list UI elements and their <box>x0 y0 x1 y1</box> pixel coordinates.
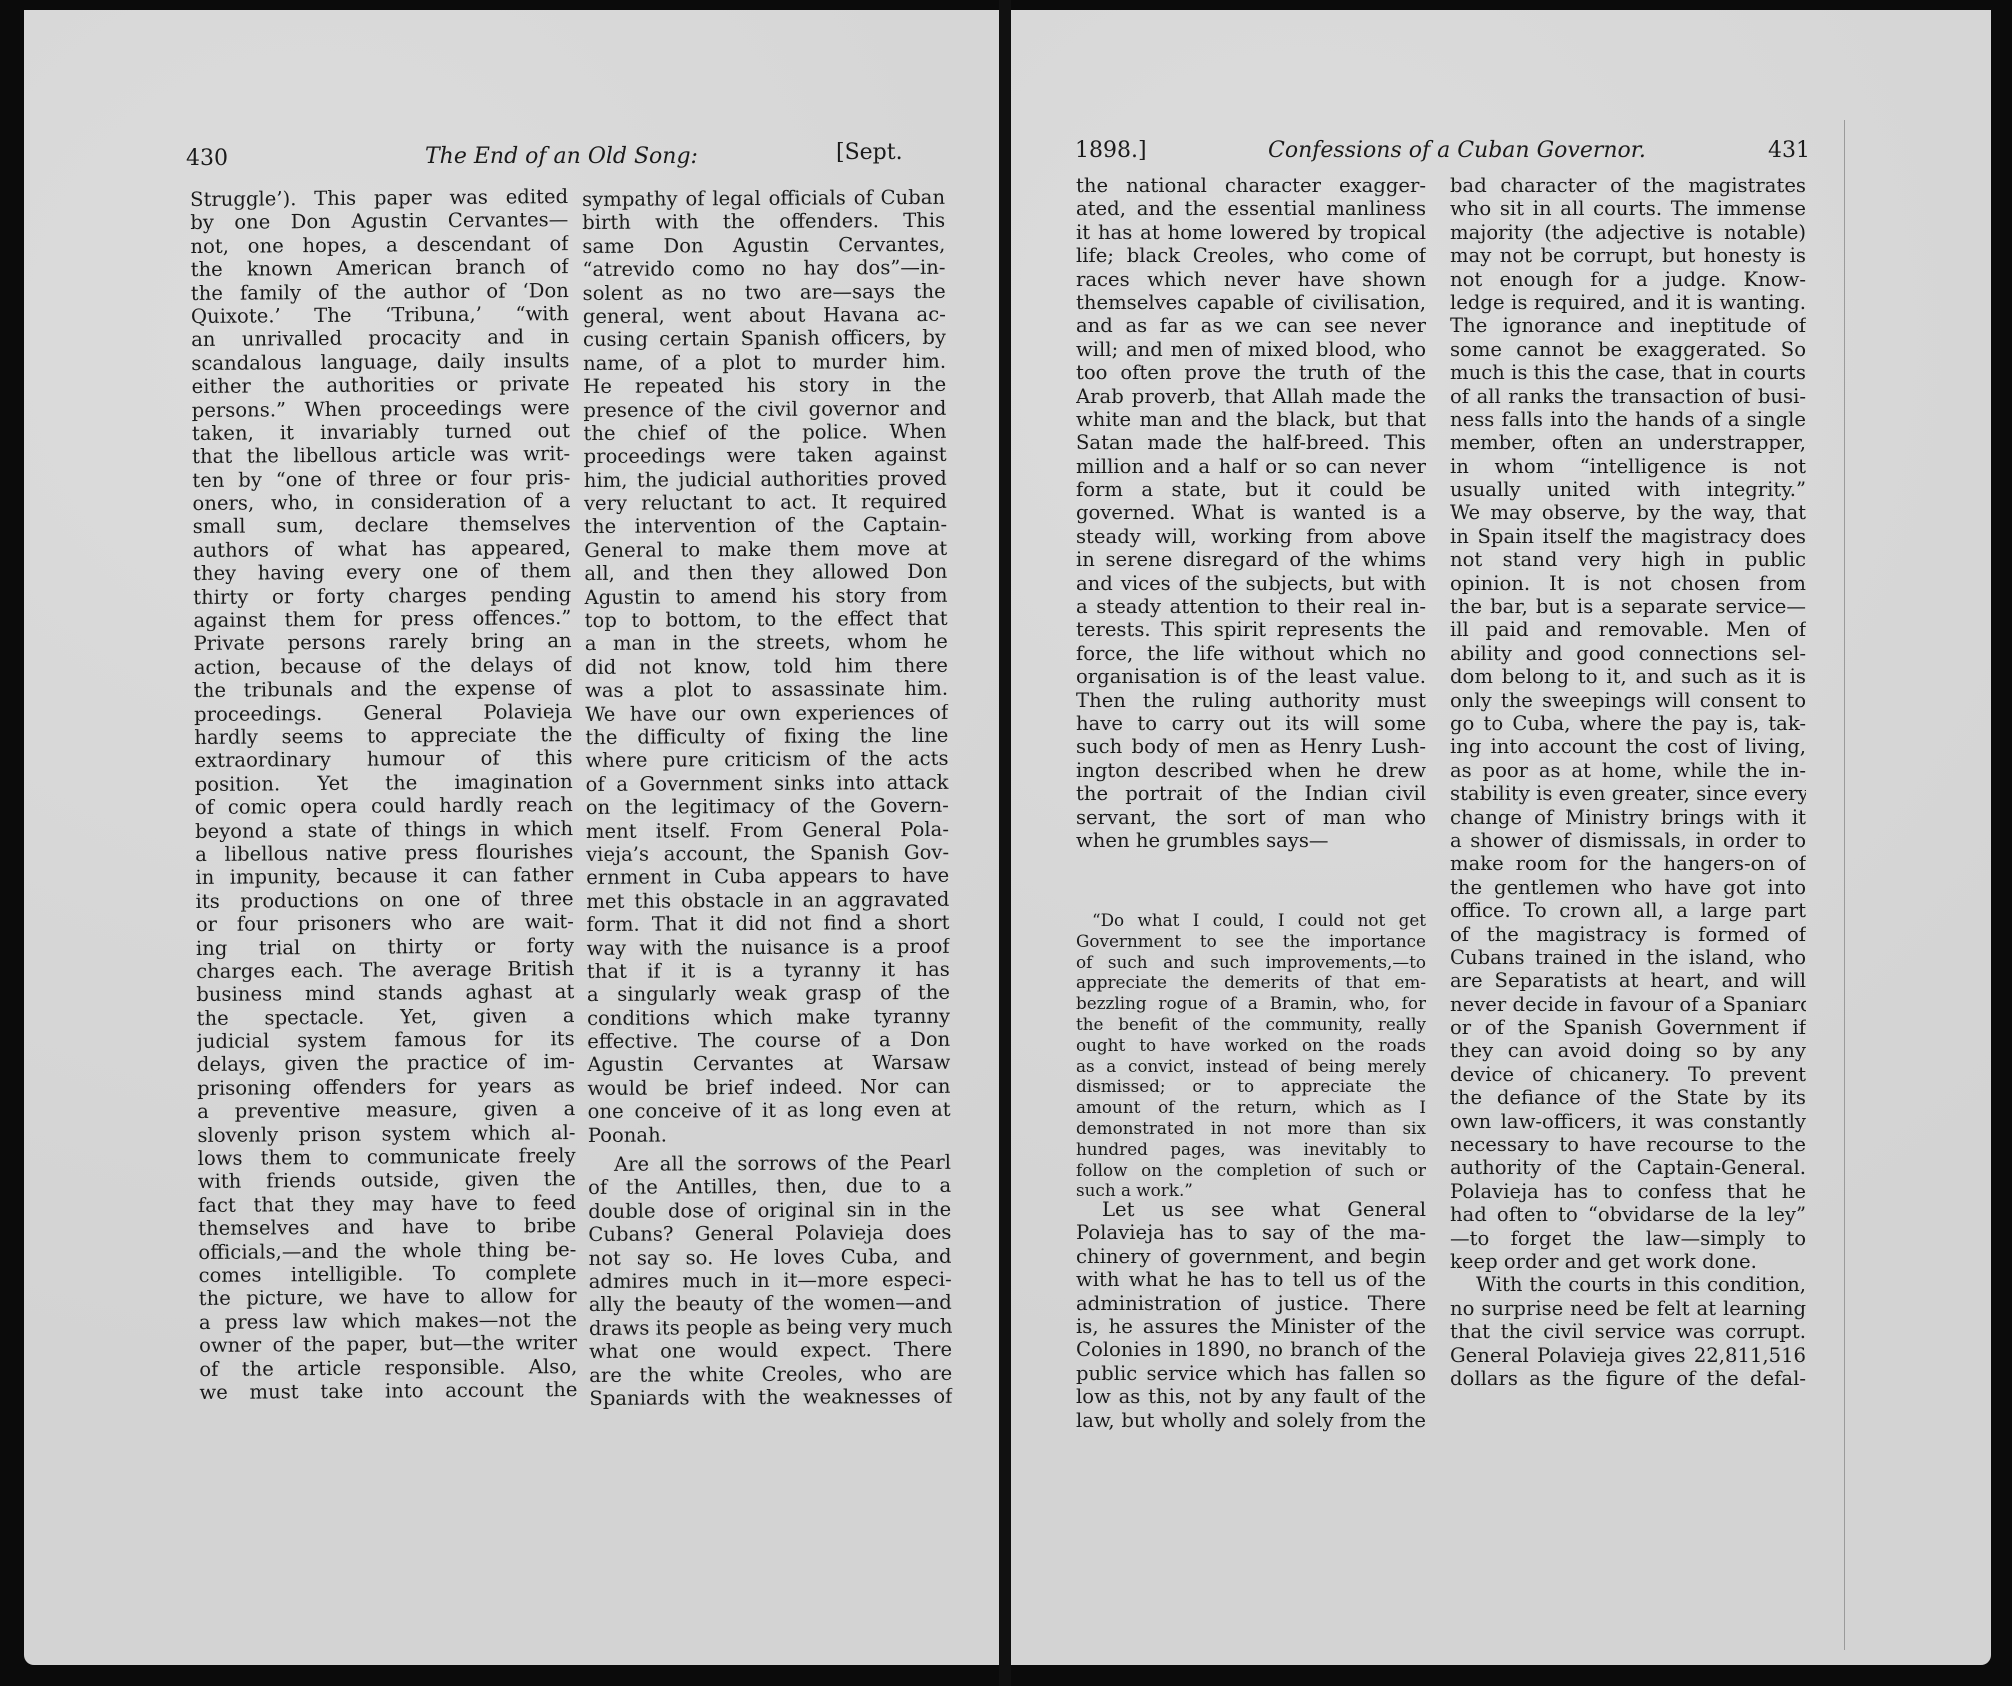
text-line: all, and then they allowed Don <box>584 560 947 586</box>
text-line: effective. The course of a Don <box>587 1028 950 1054</box>
text-line: may not be corrupt, but honesty is <box>1450 244 1806 267</box>
text-line: chinery of government, and begin <box>1076 1245 1426 1268</box>
text-line: Colonies in 1890, no branch of the <box>1076 1338 1426 1361</box>
text-line: administration of justice. There <box>1076 1292 1426 1315</box>
text-line: have to carry out its will some <box>1076 712 1426 735</box>
text-line: a man in the streets, whom he <box>585 630 948 656</box>
text-line: charges each. The average British <box>196 957 574 983</box>
text-line: demonstrated in not more than six <box>1076 1118 1426 1139</box>
text-line: steady will, working from above <box>1076 525 1426 548</box>
text-line: delays, given the practice of im- <box>197 1050 575 1076</box>
text-line: white man and the black, but that <box>1076 408 1426 431</box>
text-line: its productions on one of three <box>196 887 574 913</box>
text-line: they can avoid doing so by any <box>1450 1039 1806 1062</box>
text-line: it has at home lowered by tropical <box>1076 221 1426 244</box>
text-line: proceedings. General Polavieja <box>194 700 572 726</box>
text-line: position. Yet the imagination <box>195 770 573 796</box>
text-line: the benefit of the community, really <box>1076 1014 1426 1035</box>
text-line: officials,—and the whole thing be- <box>198 1238 576 1264</box>
text-line: lows them to communicate freely <box>198 1144 576 1170</box>
book-spine <box>999 0 1011 1686</box>
text-line: was a plot to assassinate him. <box>585 677 948 703</box>
text-line: judicial system famous for its <box>197 1027 575 1053</box>
running-title-left: The End of an Old Song: <box>425 144 698 169</box>
text-line: slovenly prison system which al- <box>197 1121 575 1147</box>
text-line: taken, it invariably turned out <box>192 419 570 445</box>
text-line: a preventive measure, given a <box>197 1097 575 1123</box>
text-line: force, the life without which no <box>1076 642 1426 665</box>
text-line: would be brief indeed. Nor can <box>587 1075 950 1101</box>
text-line: sympathy of legal officials of Cuban <box>582 186 945 212</box>
text-line: not stand very high in public <box>1450 548 1806 571</box>
text-line: We may observe, by the way, that <box>1450 501 1806 524</box>
text-line: With the courts in this condition, <box>1450 1273 1806 1296</box>
text-line: of the magistracy is formed of <box>1450 923 1806 946</box>
text-line: ally the beauty of the women—and <box>589 1291 952 1317</box>
text-line: the national character exagger- <box>1076 174 1426 197</box>
text-line: Poonah. <box>588 1121 951 1147</box>
text-line: had often to “obvidarse de la ley” <box>1450 1203 1806 1226</box>
text-line: they having every one of them <box>193 559 571 585</box>
running-date-left: [Sept. <box>836 140 903 165</box>
text-line: comes intelligible. To complete <box>198 1261 576 1287</box>
text-line: solent as no two are—says the <box>583 279 946 305</box>
text-line: majority (the adjective is notable) <box>1450 221 1806 244</box>
text-line: Cubans trained in the island, who <box>1450 946 1806 969</box>
text-line: the gentlemen who have got into <box>1450 876 1806 899</box>
text-line: ington described when he drew <box>1076 759 1426 782</box>
text-line: own law-officers, it was constantly <box>1450 1110 1806 1133</box>
text-line: the spectacle. Yet, given a <box>196 1004 574 1030</box>
text-line: general, went about Havana ac- <box>583 303 946 329</box>
text-line: stability is even greater, since every <box>1450 782 1806 805</box>
text-line: extraordinary humour of this <box>194 746 572 772</box>
text-line: presence of the civil governor and <box>583 396 946 422</box>
text-line: ernment in Cuba appears to have <box>586 864 949 890</box>
text-line: Struggle’). This paper was edited <box>190 185 568 211</box>
text-line: necessary to have recourse to the <box>1450 1133 1806 1156</box>
text-line: an unrivalled procacity and in <box>191 325 569 351</box>
text-line: what one would expect. There <box>589 1338 952 1364</box>
text-line: the picture, we have to allow for <box>199 1284 577 1310</box>
text-line: low as this, not by any fault of the <box>1076 1385 1426 1408</box>
text-line: are the white Creoles, who are <box>589 1361 952 1387</box>
text-line: on the legitimacy of the Govern- <box>586 794 949 820</box>
text-line: that the civil service was corrupt. <box>1450 1320 1806 1343</box>
text-line: dismissed; or to appreciate the <box>1076 1076 1426 1097</box>
text-line: device of chicanery. To prevent <box>1450 1063 1806 1086</box>
text-line: terests. This spirit represents the <box>1076 618 1426 641</box>
text-line: way with the nuisance is a proof <box>587 934 950 960</box>
page-number-right: 431 <box>1768 138 1810 163</box>
text-line: or of the Spanish Government if <box>1450 1016 1806 1039</box>
text-line: Spaniards with the weaknesses of <box>589 1385 952 1411</box>
text-line: not enough for a judge. Know- <box>1450 268 1806 291</box>
text-line: either the authorities or private <box>191 372 569 398</box>
text-line: ness falls into the hands of a single <box>1450 408 1806 431</box>
text-line: persons.” When proceedings were <box>192 396 570 422</box>
text-line: fact that they may have to feed <box>198 1191 576 1217</box>
text-line: top to bottom, to the effect that <box>585 607 948 633</box>
text-line: —to forget the law—simply to <box>1450 1227 1806 1250</box>
text-line: conditions which make tyranny <box>587 1004 950 1030</box>
text-line: usually united with integrity.” <box>1450 478 1806 501</box>
text-line: themselves and have to bribe <box>198 1214 576 1240</box>
text-line: ated, and the essential manliness <box>1076 197 1426 220</box>
text-line: a press law which makes—not the <box>199 1308 577 1334</box>
text-line: will; and men of mixed blood, who <box>1076 338 1426 361</box>
text-line: office. To crown all, a large part <box>1450 899 1806 922</box>
text-line: not say so. He loves Cuba, and <box>588 1244 951 1270</box>
text-line: make room for the hangers-on of <box>1450 852 1806 875</box>
text-line: the difficulty of fixing the line <box>585 724 948 750</box>
text-line: the portrait of the Indian civil <box>1076 782 1426 805</box>
text-line: double dose of original sin in the <box>588 1198 951 1224</box>
text-line: admires much in it—more especi- <box>589 1268 952 1294</box>
text-line: of comic opera could hardly reach <box>195 793 573 819</box>
text-line: owner of the paper, but—the writer <box>199 1331 577 1357</box>
text-line: the intervention of the Captain- <box>584 513 947 539</box>
page-number-left: 430 <box>186 146 228 171</box>
text-line: vieja’s account, the Spanish Gov- <box>586 841 949 867</box>
text-line: Arab proverb, that Allah made the <box>1076 385 1426 408</box>
text-line: draws its people as being very much <box>589 1315 952 1341</box>
text-line: small sum, declare themselves <box>193 512 571 538</box>
text-line: a shower of dismissals, in order to <box>1450 829 1806 852</box>
text-line: dom belong to it, and such as it is <box>1450 665 1806 688</box>
text-line: too often prove the truth of the <box>1076 361 1426 384</box>
text-line: a steady attention to their real in- <box>1076 595 1426 618</box>
text-line: races which never have shown <box>1076 268 1426 291</box>
text-line: Let us see what General <box>1076 1198 1426 1221</box>
text-line: very reluctant to act. It required <box>584 490 947 516</box>
text-line: in impunity, because it can father <box>195 863 573 889</box>
text-line: General Polavieja gives 22,811,516 <box>1450 1344 1806 1367</box>
scan-margin-line <box>1844 120 1845 1650</box>
text-line: ought to have worked on the roads <box>1076 1035 1426 1056</box>
text-line: when he grumbles says— <box>1076 829 1426 852</box>
text-line: or four prisoners who are wait- <box>196 910 574 936</box>
text-line: the known American branch of <box>191 255 569 281</box>
text-line: the tribunals and the expense of <box>194 676 572 702</box>
text-line: the chief of the police. When <box>583 420 946 446</box>
text-line: Are all the sorrows of the Pearl <box>588 1151 951 1177</box>
text-line: “atrevido como no hay dos”—in- <box>582 256 945 282</box>
text-line: He repeated his story in the <box>583 373 946 399</box>
block-quote: “Do what I could, I could not getGovernm… <box>1076 910 1426 1201</box>
text-line: Cubans? General Polavieja does <box>588 1221 951 1247</box>
text-line: organisation is of the least value. <box>1076 665 1426 688</box>
text-line: General to make them move at <box>584 537 947 563</box>
text-line: where pure criticism of the acts <box>585 747 948 773</box>
text-line: Agustin to amend his story from <box>584 583 947 609</box>
text-line: Government to see the importance <box>1076 931 1426 952</box>
text-line: in Spain itself the magistracy does <box>1450 525 1806 548</box>
text-line: beyond a state of things in which <box>195 817 573 843</box>
text-line: cusing certain Spanish officers, by <box>583 326 946 352</box>
text-line: in whom “intelligence is not <box>1450 455 1806 478</box>
text-line: bezzling rogue of a Bramin, who, for <box>1076 993 1426 1014</box>
text-line: Quixote.’ The ‘Tribuna,’ “with <box>191 302 569 328</box>
text-line: did not know, told him there <box>585 654 948 680</box>
text-line: birth with the offenders. This <box>582 209 945 235</box>
text-line: go to Cuba, where the pay is, tak- <box>1450 712 1806 735</box>
text-line: form. That it did not find a short <box>586 911 949 937</box>
text-line: “Do what I could, I could not get <box>1076 910 1426 931</box>
text-line: Agustin Cervantes at Warsaw <box>587 1051 950 1077</box>
text-line: business mind stands aghast at <box>196 980 574 1006</box>
text-column-4: bad character of the magistrateswho sit … <box>1450 174 1806 1390</box>
text-line: and vices of the subjects, but with <box>1076 572 1426 595</box>
text-line: as poor as at home, while the in- <box>1450 759 1806 782</box>
text-line: that the libellous article was writ- <box>192 442 570 468</box>
text-line: scandalous language, daily insults <box>191 349 569 375</box>
text-line: name, of a plot to murder him. <box>583 350 946 376</box>
text-line: We have our own experiences of <box>585 700 948 726</box>
text-line: we must take into account the <box>199 1378 577 1404</box>
text-line: the bar, but is a separate service— <box>1450 595 1806 618</box>
text-line: oners, who, in consideration of a <box>192 489 570 515</box>
text-line: dollars as the figure of the defal- <box>1450 1367 1806 1390</box>
text-line: are Separatists at heart, and will <box>1450 969 1806 992</box>
text-line: as a convict, instead of being merely <box>1076 1056 1426 1077</box>
text-line: much is this the case, that in courts <box>1450 361 1806 384</box>
text-line: life; black Creoles, who come of <box>1076 244 1426 267</box>
text-line: and as far as we can see never <box>1076 314 1426 337</box>
text-line: bad character of the magistrates <box>1450 174 1806 197</box>
text-line: him, the judicial authorities proved <box>584 466 947 492</box>
running-title-right: Confessions of a Cuban Governor. <box>1268 138 1646 163</box>
text-line: hundred pages, was inevitably to <box>1076 1139 1426 1160</box>
text-line: opinion. It is not chosen from <box>1450 572 1806 595</box>
text-line: thirty or forty charges pending <box>193 583 571 609</box>
text-line: public service which has fallen so <box>1076 1362 1426 1385</box>
text-line: themselves capable of civilisation, <box>1076 291 1426 314</box>
text-line: governed. What is wanted is a <box>1076 501 1426 524</box>
text-line: ability and good connections sel- <box>1450 642 1806 665</box>
text-line: of the article responsible. Also, <box>199 1355 577 1381</box>
text-line: of a Government sinks into attack <box>586 771 949 797</box>
text-line: ten by “one of three or four pris- <box>192 466 570 492</box>
text-line: only the sweepings will consent to <box>1450 689 1806 712</box>
text-line: change of Ministry brings with it <box>1450 806 1806 829</box>
text-line: ill paid and removable. Men of <box>1450 618 1806 641</box>
text-line: a libellous native press flourishes <box>195 840 573 866</box>
text-line: of the Antilles, then, due to a <box>588 1174 951 1200</box>
text-line: against them for press offences.” <box>193 606 571 632</box>
text-line: Satan made the half-breed. This <box>1076 431 1426 454</box>
text-line: ing into account the cost of living, <box>1450 735 1806 758</box>
text-line: the family of the author of ‘Don <box>191 279 569 305</box>
text-line: such body of men as Henry Lush- <box>1076 735 1426 758</box>
text-line: law, but wholly and solely from the <box>1076 1409 1426 1432</box>
text-line: keep order and get work done. <box>1450 1250 1806 1273</box>
text-line: of such and such improvements,—to <box>1076 952 1426 973</box>
text-column-2: sympathy of legal officials of Cubanbirt… <box>582 186 952 1411</box>
text-line: ing trial on thirty or forty <box>196 934 574 960</box>
text-line: that if it is a tyranny it has <box>587 958 950 984</box>
text-line: the defiance of the State by its <box>1450 1086 1806 1109</box>
text-line: some cannot be exaggerated. So <box>1450 338 1806 361</box>
text-line: with friends outside, given the <box>198 1167 576 1193</box>
text-line: ment itself. From General Pola- <box>586 817 949 843</box>
text-line: by one Don Agustin Cervantes— <box>190 208 568 234</box>
text-line: Polavieja has to confess that he <box>1450 1180 1806 1203</box>
text-column-3: the national character exagger-ated, and… <box>1076 174 1426 852</box>
text-line: servant, the sort of man who <box>1076 806 1426 829</box>
text-line: hardly seems to appreciate the <box>194 723 572 749</box>
text-line: authors of what has appeared, <box>193 536 571 562</box>
text-line: in serene disregard of the whims <box>1076 548 1426 571</box>
text-line: follow on the completion of such or <box>1076 1160 1426 1181</box>
text-line: a singularly weak grasp of the <box>587 981 950 1007</box>
text-line: The ignorance and ineptitude of <box>1450 314 1806 337</box>
text-line: is, he assures the Minister of the <box>1076 1315 1426 1338</box>
text-line: appreciate the demerits of that em- <box>1076 972 1426 993</box>
text-line: same Don Agustin Cervantes, <box>582 233 945 259</box>
text-line: of all ranks the transaction of busi- <box>1450 385 1806 408</box>
text-line: one conceive of it as long even at <box>588 1098 951 1124</box>
text-line: ledge is required, and it is wanting. <box>1450 291 1806 314</box>
text-line: Polavieja has to say of the ma- <box>1076 1221 1426 1244</box>
text-line: million and a half or so can never <box>1076 455 1426 478</box>
text-line: Private persons rarely bring an <box>193 629 571 655</box>
text-line: met this obstacle in an aggravated <box>586 887 949 913</box>
text-line: amount of the return, which as I <box>1076 1097 1426 1118</box>
text-line: member, often an understrapper, <box>1450 431 1806 454</box>
text-line: form a state, but it could be <box>1076 478 1426 501</box>
text-line: Then the ruling authority must <box>1076 689 1426 712</box>
text-line: action, because of the delays of <box>194 653 572 679</box>
text-line: with what he has to tell us of the <box>1076 1268 1426 1291</box>
text-line: authority of the Captain-General. <box>1450 1156 1806 1179</box>
running-date-right: 1898.] <box>1075 138 1147 163</box>
text-column-1: Struggle’). This paper was editedby one … <box>190 185 578 1404</box>
text-column-3-continued: Let us see what GeneralPolavieja has to … <box>1076 1198 1426 1432</box>
text-line: no surprise need be felt at learning <box>1450 1297 1806 1320</box>
text-line: never decide in favour of a Spaniard <box>1450 993 1806 1016</box>
text-line: not, one hopes, a descendant of <box>190 232 568 258</box>
text-line: prisoning offenders for years as <box>197 1074 575 1100</box>
text-line: who sit in all courts. The immense <box>1450 197 1806 220</box>
text-line: proceedings were taken against <box>584 443 947 469</box>
